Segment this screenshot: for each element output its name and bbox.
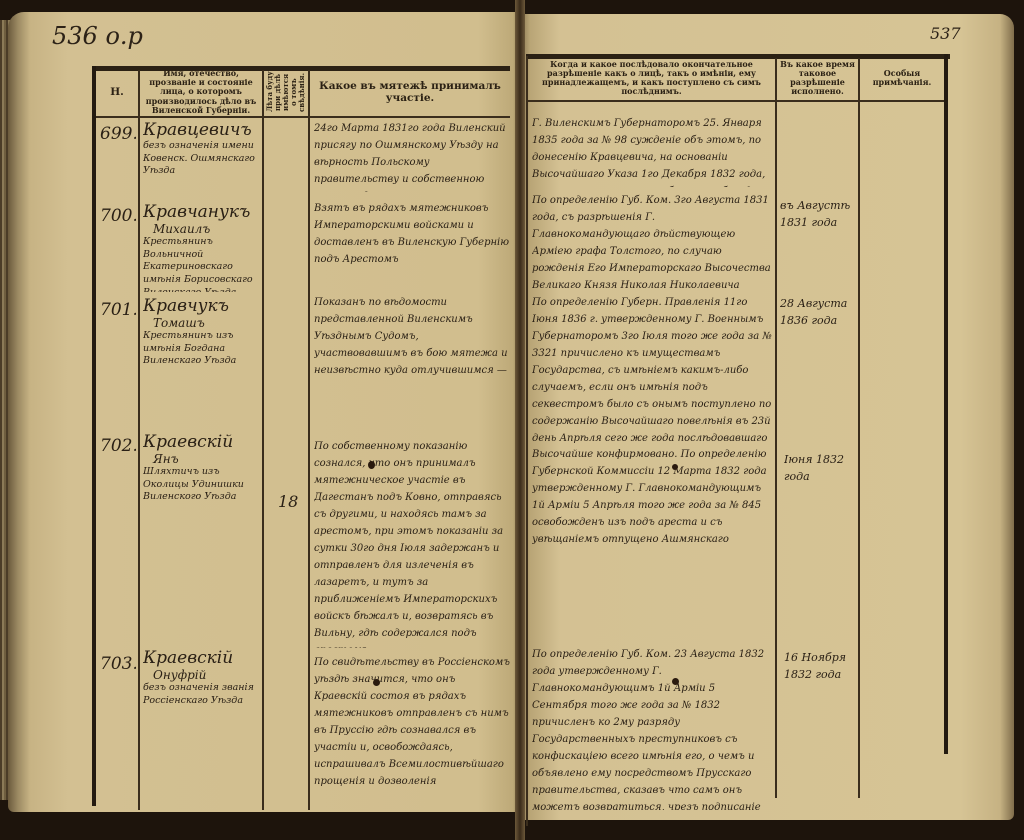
- left-frame-border: [92, 66, 96, 806]
- entry-surname: Краевскій: [143, 648, 233, 668]
- header-notes: Особыя примѣчанія.: [860, 58, 944, 98]
- header-name: Имя, отечество, прозваніе и состояніе ли…: [140, 70, 262, 114]
- page-number-left: 536 о.р: [52, 22, 143, 50]
- entry-surname: Кравцевичъ: [143, 120, 252, 140]
- entry-executed: 16 Ноября 1832 года: [784, 650, 856, 683]
- entry-resolution: По определенію Губерн. Правленія 11го Ію…: [532, 294, 772, 444]
- entry-description: Крестьянинъ Вольничной Екатериновскаго и…: [143, 236, 261, 292]
- right-col-divider-1: [775, 58, 777, 798]
- entry-executed: въ Августѣ 1831 года: [780, 198, 856, 231]
- right-header-rule: [528, 100, 944, 102]
- entry-participation: По собственному показанію сознался, что …: [314, 438, 510, 648]
- entry-participation: 24го Марта 1831го года Виленский присягу…: [314, 120, 510, 192]
- entry-person: Кравчукъ Томашъ Крестьянинъ изъ имѣнія Б…: [143, 296, 261, 386]
- right-frame-border: [944, 54, 948, 754]
- entry-description: безъ означенія имени Ковенск. Ошмянскаго…: [143, 140, 261, 178]
- left-col-divider-2: [262, 70, 264, 810]
- entry-participation: По свидѣтельству въ Россіенскомъ уѣздѣ з…: [314, 654, 510, 790]
- entry-number: 700.: [100, 206, 136, 226]
- entry-number: 701.: [100, 300, 136, 320]
- entry-number: 703.: [100, 654, 136, 674]
- entry-number: 702.: [100, 436, 136, 456]
- left-header-rule: [96, 116, 510, 118]
- left-col-divider-1: [138, 70, 140, 810]
- page-number-right: 537: [930, 24, 961, 43]
- entry-surname: Кравчанукъ: [143, 202, 250, 222]
- entry-given-name: Михаилъ: [153, 222, 261, 236]
- entry-description: Шляхтичъ изъ Околицы Удинишки Виленского…: [143, 466, 261, 504]
- header-resolution: Когда и какое послѣдовало окончательное …: [528, 58, 775, 98]
- header-executed: Въ какое время таковое разрѣшеніе исполн…: [777, 58, 858, 98]
- ink-stain: [672, 464, 678, 470]
- right-col-divider-2: [858, 58, 860, 798]
- book-gutter: [515, 0, 525, 840]
- entry-executed: 28 Августа 1836 года: [780, 296, 856, 329]
- right-frame-left: [526, 56, 528, 826]
- header-age: Лѣта буду при дѣлѣ имѣются о томъ свѣдѣн…: [264, 70, 308, 114]
- ink-stain: [368, 461, 375, 469]
- header-participation: Какое въ мятежѣ принималъ участіе.: [310, 72, 510, 112]
- entry-age: 18: [278, 492, 306, 511]
- ink-stain: [672, 678, 679, 685]
- entry-description: Крестьянинъ изъ имѣнія Богдана Виленскаг…: [143, 330, 261, 368]
- entry-resolution: По определенію Губ. Ком. 3го Августа 183…: [532, 192, 772, 288]
- entry-resolution: Высочайше конфирмовано. По определенію Г…: [532, 446, 772, 622]
- entry-participation: Показанъ по вѣдомости представленной Вил…: [314, 294, 510, 380]
- register-spread: 536 о.р 537 Н. Имя, отечество, прозваніе…: [0, 0, 1024, 840]
- ink-stain: [373, 679, 380, 686]
- entry-person: Краевскій Онуфрій безъ означенія званія …: [143, 648, 261, 738]
- entry-executed: Іюня 1832 года: [784, 452, 856, 485]
- entry-given-name: Томашъ: [153, 316, 261, 330]
- entry-given-name: Онуфрій: [153, 668, 261, 682]
- entry-given-name: Янъ: [153, 452, 261, 466]
- entry-participation: Взятъ въ рядахъ мятежниковъ Императорски…: [314, 200, 510, 270]
- entry-person: Краевскій Янъ Шляхтичъ изъ Околицы Удини…: [143, 432, 261, 522]
- entry-description: безъ означенія званія Россіенскаго Уѣзда: [143, 682, 261, 708]
- header-number: Н.: [96, 72, 138, 112]
- entry-person: Кравчанукъ Михаилъ Крестьянинъ Вольнично…: [143, 202, 261, 292]
- entry-number: 699.: [100, 124, 136, 144]
- entry-surname: Краевскій: [143, 432, 233, 452]
- left-col-divider-3: [308, 70, 310, 810]
- entry-person: Кравцевичъ безъ означенія имени Ковенск.…: [143, 120, 261, 190]
- entry-resolution: Г. Виленскимъ Губернаторомъ 25. Января 1…: [532, 115, 772, 187]
- entry-surname: Кравчукъ: [143, 296, 229, 316]
- entry-resolution: По определенію Губ. Ком. 23 Августа 1832…: [532, 646, 772, 810]
